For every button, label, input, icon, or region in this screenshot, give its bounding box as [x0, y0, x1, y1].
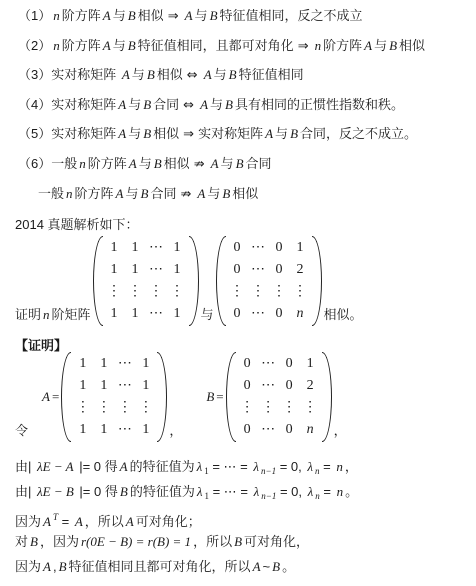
statement-suffix: 相似。: [324, 304, 363, 323]
matrix-a: 11⋯111⋯1⋮⋮⋮⋮11⋯1: [61, 352, 167, 442]
rule-6: （6）一般n阶方阵A与B相似⇏A与B合同: [18, 155, 272, 173]
eigenvalues-a-line: 由| λE − A |= 0 得A的特征值为λ1 = ⋯ = λn−1 = 0,…: [15, 458, 358, 480]
statement-mid: 与: [201, 304, 214, 323]
problem-statement-row: 证明n阶矩阵 11⋯111⋯1⋮⋮⋮⋮11⋯1 与 0⋯010⋯02⋮⋮⋮⋮0⋯…: [15, 236, 363, 326]
rule-2: （2）n阶方阵A与B特征值相同，且都可对角化⇒n阶方阵A与B相似: [18, 37, 425, 55]
diagonalizable-b-line: 对B，因为r(0E − B) = r(B) = 1，所以B可对角化，: [15, 533, 309, 550]
left-paren-icon: [93, 236, 103, 326]
intro-line: 2014 真题解析如下：: [15, 216, 139, 233]
matrix-ones-grid: 11⋯111⋯1⋮⋮⋮⋮11⋯1: [103, 236, 189, 326]
rule-5: （5）实对称矩阵A与B相似⇒实对称矩阵A与B合同，反之不成立。: [18, 125, 417, 143]
right-paren-icon: [322, 352, 332, 442]
matrix-zerocol-grid: 0⋯010⋯02⋮⋮⋮⋮0⋯0n: [226, 236, 312, 326]
let-definition-row: 令 A= 11⋯111⋯1⋮⋮⋮⋮11⋯1 ， B= 0⋯010⋯02⋮⋮⋮⋮0…: [15, 352, 347, 442]
left-paren-icon: [61, 352, 71, 442]
right-paren-icon: [157, 352, 167, 442]
left-paren-icon: [226, 352, 236, 442]
conclusion-line: 因为A,B特征值相同且都可对角化，所以A~B。: [15, 558, 295, 575]
let-word: 令: [15, 420, 28, 439]
right-paren-icon: [312, 236, 322, 326]
matrix-b: 0⋯010⋯02⋮⋮⋮⋮0⋯0n: [226, 352, 332, 442]
rule-4: （4）实对称矩阵A与B合同⇔A与B具有相同的正惯性指数和秩。: [18, 96, 404, 114]
left-paren-icon: [216, 236, 226, 326]
comma-after-b: ，: [334, 420, 347, 439]
rule-3: （3）实对称矩阵 A与B相似⇔A与B特征值相同: [18, 66, 304, 84]
diagonalizable-a-line: 因为AT = A，所以A可对角化；: [15, 509, 201, 530]
matrix-b-label: B=: [204, 389, 223, 405]
right-paren-icon: [189, 236, 199, 326]
document-page: （1）n阶方阵A与B相似⇒A与B特征值相同，反之不成立 （2）n阶方阵A与B特征…: [0, 0, 476, 586]
rule-6-continued: 一般n阶方阵A与B合同⇏A与B相似: [38, 185, 258, 203]
eigenvalues-b-line: 由| λE − B |= 0 得B的特征值为λ1 = ⋯ = λn−1 = 0,…: [15, 483, 358, 505]
matrix-zerocol: 0⋯010⋯02⋮⋮⋮⋮0⋯0n: [216, 236, 322, 326]
matrix-a-label: A=: [40, 389, 59, 405]
matrix-b-grid: 0⋯010⋯02⋮⋮⋮⋮0⋯0n: [236, 352, 322, 442]
comma-after-a: ，: [169, 420, 182, 439]
matrix-a-grid: 11⋯111⋯1⋮⋮⋮⋮11⋯1: [71, 352, 157, 442]
rule-1: （1）n阶方阵A与B相似⇒A与B特征值相同，反之不成立: [18, 7, 363, 25]
matrix-ones: 11⋯111⋯1⋮⋮⋮⋮11⋯1: [93, 236, 199, 326]
statement-prefix: 证明n阶矩阵: [15, 304, 91, 323]
